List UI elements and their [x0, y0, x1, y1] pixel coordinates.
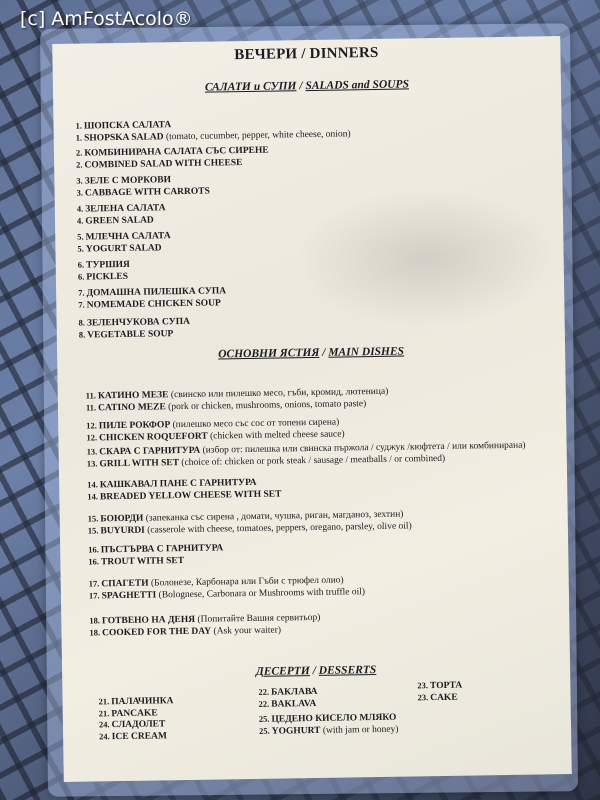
item-description: (choice of: chicken or pork steak / saus…: [179, 454, 445, 468]
item-description: (with jam or honey): [320, 725, 398, 736]
item-number: 25.: [259, 714, 270, 724]
item-number: 21.: [99, 708, 110, 718]
item-number: 12.: [86, 420, 97, 430]
item-name: CABBAGE WITH CARROTS: [85, 187, 210, 199]
item-description: (tomato, cucumber, pepper, white cheese,…: [163, 129, 350, 142]
menu-item-line: 7.NOMEMADE CHICKEN SOUP: [78, 296, 221, 311]
item-number: 7.: [78, 300, 85, 310]
item-number: 24.: [99, 719, 110, 729]
item-number: 4.: [77, 216, 84, 226]
item-number: 14.: [87, 491, 98, 501]
item-number: 25.: [259, 726, 270, 736]
menu-item-line: 18.COOKED FOR THE DAY (Ask your waiter): [89, 624, 281, 640]
item-number: 22.: [258, 687, 269, 697]
item-number: 16.: [88, 556, 99, 566]
item-number: 16.: [88, 544, 99, 554]
item-number: 15.: [88, 513, 99, 523]
item-name: PICKLES: [86, 272, 128, 283]
item-description: (pork or chicken, mushrooms, onions, tom…: [166, 399, 367, 412]
item-number: 18.: [89, 615, 100, 625]
menu-item-line: 5.YOGURT SALAD: [77, 241, 161, 255]
item-name: VEGETABLE SOUP: [87, 329, 173, 340]
item-number: 24.: [99, 731, 110, 741]
item-name: BUYURDI: [100, 526, 144, 537]
item-number: 3.: [76, 176, 83, 186]
menu-item-line: 23.CAKE: [417, 691, 457, 705]
item-number: 12.: [86, 432, 97, 442]
watermark: [c] AmFostAcolo®: [20, 8, 193, 30]
menu-item-line: 25.YOGHURT (with jam or honey): [259, 723, 399, 738]
menu-item-line: 2.COMBINED SALAD WITH CHEESE: [76, 156, 242, 172]
item-number: 18.: [89, 627, 100, 637]
menu-item-line: 4.GREEN SALAD: [77, 213, 154, 227]
item-name: SHOPSKA SALAD: [84, 132, 164, 143]
item-number: 5.: [77, 244, 84, 254]
menu-item-line: 8.VEGETABLE SOUP: [79, 327, 174, 341]
item-number: 7.: [78, 288, 85, 298]
item-name: NOMEMADE CHICKEN SOUP: [87, 298, 221, 310]
item-number: 17.: [89, 590, 100, 600]
item-name: COOKED FOR THE DAY: [102, 627, 211, 639]
item-name: ПАЛАЧИНКА: [111, 696, 173, 707]
item-name: YOGHURT: [272, 726, 321, 737]
print-smudge: [295, 186, 557, 330]
menu-sheet: ВЕЧЕРИ / DINNERS САЛАТИ и СУПИ / SALADS …: [52, 36, 572, 782]
item-name: SPAGHETTI: [101, 590, 156, 601]
item-name: CAKE: [430, 693, 458, 703]
menu-item-line: 24.ICE CREAM: [99, 729, 167, 743]
item-name: BAKLAVA: [271, 699, 316, 710]
menu-item-line: 3.CABBAGE WITH CARROTS: [76, 185, 210, 200]
item-description: (Bolognese, Carbonara or Mushrooms with …: [156, 587, 365, 600]
item-number: 8.: [79, 330, 86, 340]
item-number: 5.: [77, 232, 84, 242]
item-name: BREADED YELLOW CHEESE WITH SET: [100, 489, 282, 502]
section-heading-salads: САЛАТИ и СУПИ / SALADS and SOUPS: [53, 76, 561, 96]
item-name: TROUT WITH SET: [101, 556, 184, 567]
item-description: (Ask your waiter): [211, 626, 281, 637]
item-name: COMBINED SALAD WITH CHEESE: [84, 158, 242, 170]
item-number: 23.: [417, 692, 428, 702]
item-number: 1.: [75, 121, 82, 131]
item-number: 1.: [76, 133, 83, 143]
item-number: 4.: [77, 204, 84, 214]
menu-item-line: 22.BAKLAVA: [259, 697, 317, 711]
item-name: ICE CREAM: [112, 731, 167, 742]
item-number: 21.: [98, 696, 109, 706]
item-number: 8.: [79, 318, 86, 328]
item-description: (chicken with melted cheese sauce): [208, 429, 345, 441]
section-heading-mains: ОСНОВНИ ЯСТИЯ / MAIN DISHES: [57, 343, 565, 363]
item-number: 2.: [76, 160, 83, 170]
item-number: 6.: [78, 272, 85, 282]
item-number: 17.: [89, 578, 100, 588]
item-number: 14.: [87, 479, 98, 489]
item-name: ТУРШИЯ: [86, 260, 130, 271]
item-number: 13.: [87, 458, 98, 468]
menu-title: ВЕЧЕРИ / DINNERS: [52, 42, 560, 67]
item-number: 6.: [78, 260, 85, 270]
item-name: CATINO MEZE: [98, 402, 166, 413]
item-number: 13.: [87, 446, 98, 456]
menu-item-line: 14.BREADED YELLOW CHEESE WITH SET: [87, 487, 281, 503]
item-name: GREEN SALAD: [85, 215, 154, 226]
item-name: БОЮРДИ: [100, 514, 143, 525]
item-number: 23.: [417, 680, 428, 690]
item-description: (casserole with cheese, tomatoes, pepper…: [145, 521, 412, 535]
item-number: 15.: [88, 525, 99, 535]
item-number: 2.: [76, 148, 83, 158]
menu-item-line: 6.PICKLES: [78, 270, 128, 284]
item-name: YOGURT SALAD: [86, 243, 162, 254]
item-number: 11.: [86, 402, 96, 412]
item-name: ТОРТА: [430, 681, 462, 692]
item-number: 3.: [76, 188, 83, 198]
item-name: GRILL WITH SET: [99, 458, 179, 469]
section-heading-desserts: ДЕСЕРТИ / DESSERTS: [62, 661, 570, 681]
item-number: 11.: [86, 390, 96, 400]
item-name: CHICKEN ROQUEFORT: [99, 432, 208, 444]
menu-item-line: 16.TROUT WITH SET: [88, 554, 184, 569]
item-number: 22.: [259, 699, 270, 709]
